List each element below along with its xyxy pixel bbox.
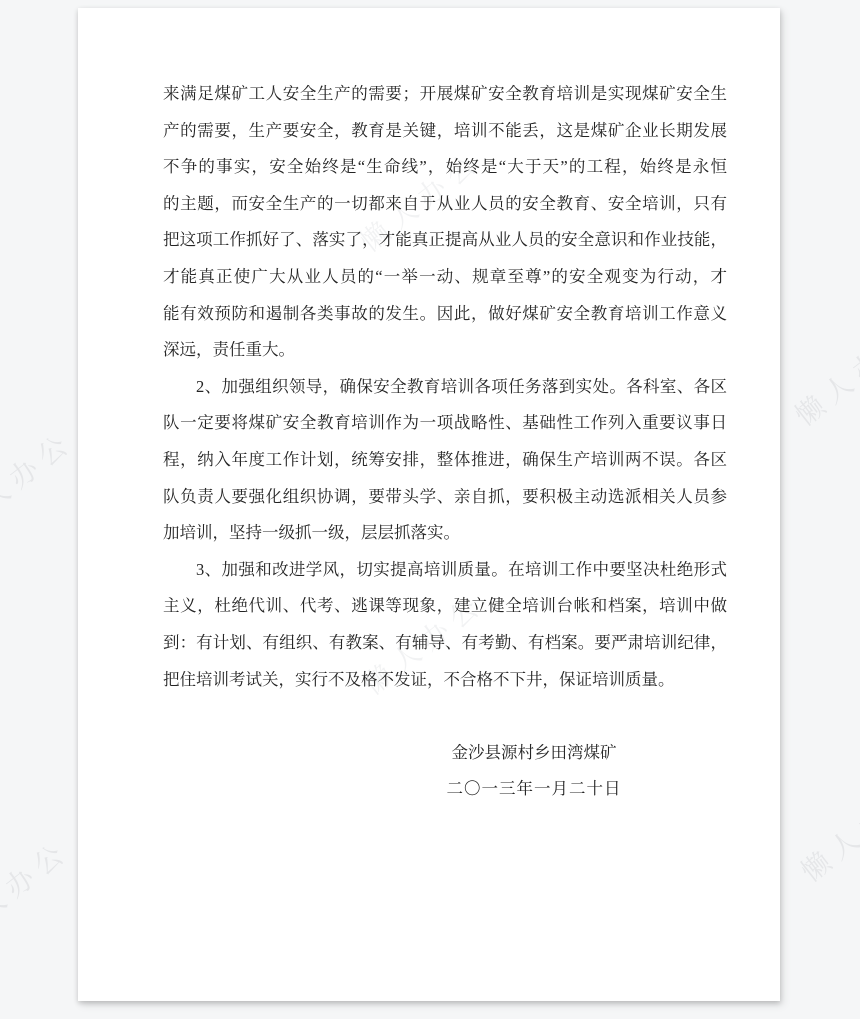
text-line: 才能真正使广大从业人员的“一举一动、规章至尊”的安全观变为行动，才 [163, 259, 727, 296]
watermark: 懒人办公 [786, 314, 860, 434]
document-body: 来满足煤矿工人安全生产的需要；开展煤矿安全教育培训是实现煤矿安全生产的需要，生产… [78, 8, 780, 808]
text-line: 3、加强和改进学风，切实提高培训质量。在培训工作中要坚决杜绝形式 [163, 552, 727, 589]
text-line: 能有效预防和遏制各类事故的发生。因此，做好煤矿安全教育培训工作意义 [163, 296, 727, 333]
text-line: 程，纳入年度工作计划，统筹安排，整体推进，确保生产培训两不误。各区 [163, 442, 727, 479]
text-line: 队负责人要强化组织协调，要带头学、亲自抓，要积极主动选派相关人员参 [163, 479, 727, 516]
text-line: 不争的事实，安全始终是“生命线”，始终是“大于天”的工程，始终是永恒 [163, 149, 727, 186]
text-line: 的主题，而安全生产的一切都来自于从业人员的安全教育、安全培训，只有 [163, 186, 727, 223]
text-line: 主义，杜绝代训、代考、逃课等现象，建立健全培训台帐和档案，培训中做 [163, 588, 727, 625]
text-line: 深远，责任重大。 [163, 332, 727, 369]
text-line: 把住培训考试关，实行不及格不发证，不合格不下井，保证培训质量。 [163, 662, 727, 699]
text-line: 产的需要，生产要安全，教育是关键，培训不能丢，这是煤矿企业长期发展 [163, 113, 727, 150]
text-line: 到：有计划、有组织、有教案、有辅导、有考勤、有档案。要严肃培训纪律， [163, 625, 727, 662]
paragraph-lines: 来满足煤矿工人安全生产的需要；开展煤矿安全教育培训是实现煤矿安全生产的需要，生产… [163, 76, 727, 698]
watermark: 懒人办公 [0, 830, 77, 950]
text-line: 加培训，坚持一级抓一级，层层抓落实。 [163, 515, 727, 552]
text-line: 2、加强组织领导，确保安全教育培训各项任务落到实处。各科室、各区 [163, 369, 727, 406]
signature-date: 二〇一三年一月二十日 [341, 771, 727, 808]
blank-line [163, 698, 727, 735]
watermark: 懒人办公 [0, 421, 81, 541]
watermark: 懒人办公 [792, 770, 860, 890]
text-line: 队一定要将煤矿安全教育培训作为一项战略性、基础性工作列入重要议事日 [163, 405, 727, 442]
text-line: 把这项工作抓好了、落实了，才能真正提高从业人员的安全意识和作业技能， [163, 222, 727, 259]
text-line: 来满足煤矿工人安全生产的需要；开展煤矿安全教育培训是实现煤矿安全生 [163, 76, 727, 113]
signature: 金沙县源村乡田湾煤矿 [341, 735, 727, 772]
document-page: 懒人办公 懒人办公 来满足煤矿工人安全生产的需要；开展煤矿安全教育培训是实现煤矿… [78, 8, 780, 1001]
